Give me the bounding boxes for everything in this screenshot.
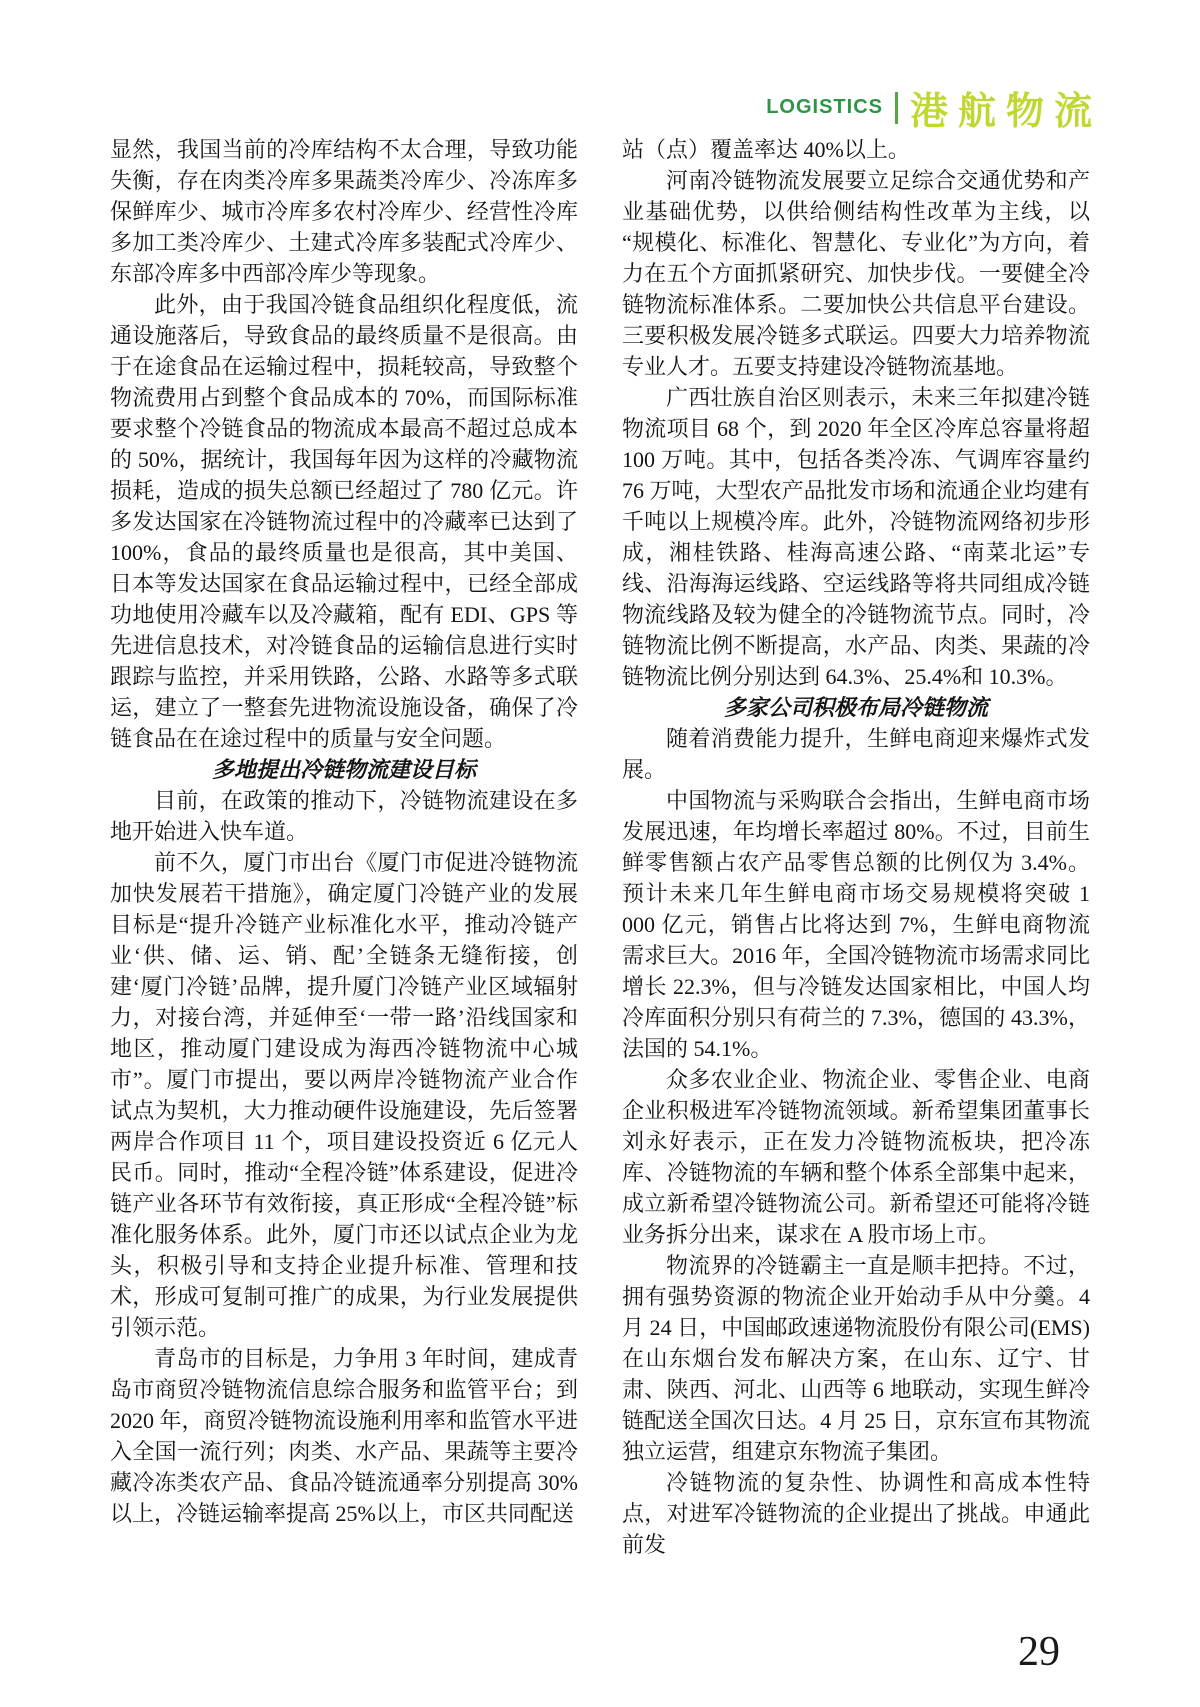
paragraph: 前不久，厦门市出台《厦门市促进冷链物流加快发展若干措施》，确定厦门冷链产业的发展… — [110, 847, 578, 1343]
paragraph: 中国物流与采购联合会指出，生鲜电商市场发展迅速，年均增长率超过 80%。不过，目… — [622, 785, 1090, 1064]
paragraph: 青岛市的目标是，力争用 3 年时间，建成青岛市商贸冷链物流信息综合服务和监管平台… — [110, 1343, 578, 1529]
paragraph: 目前，在政策的推动下，冷链物流建设在多地开始进入快车道。 — [110, 785, 578, 847]
paragraph: 显然，我国当前的冷库结构不太合理，导致功能失衡，存在肉类冷库多果蔬类冷库少、冷冻… — [110, 134, 578, 289]
paragraph: 河南冷链物流发展要立足综合交通优势和产业基础优势，以供给侧结构性改革为主线，以“… — [622, 165, 1090, 382]
paragraph: 随着消费能力提升，生鲜电商迎来爆炸式发展。 — [622, 723, 1090, 785]
paragraph: 站（点）覆盖率达 40%以上。 — [622, 134, 1090, 165]
header-divider-bar — [895, 92, 898, 124]
paragraph: 物流界的冷链霸主一直是顺丰把持。不过，拥有强势资源的物流企业开始动手从中分羹。4… — [622, 1250, 1090, 1467]
section-label-en: LOGISTICS — [766, 96, 883, 119]
page-number: 29 — [1018, 1628, 1060, 1676]
paragraph: 众多农业企业、物流企业、零售企业、电商企业积极进军冷链物流领域。新希望集团董事长… — [622, 1064, 1090, 1250]
paragraph: 广西壮族自治区则表示，未来三年拟建冷链物流项目 68 个，到 2020 年全区冷… — [622, 382, 1090, 692]
section-heading: 多地提出冷链物流建设目标 — [110, 754, 578, 785]
article-body: 显然，我国当前的冷库结构不太合理，导致功能失衡，存在肉类冷库多果蔬类冷库少、冷冻… — [110, 134, 1090, 1560]
column-right: 站（点）覆盖率达 40%以上。河南冷链物流发展要立足综合交通优势和产业基础优势，… — [622, 134, 1090, 1560]
page-header: LOGISTICS 港航物流 — [766, 80, 1092, 135]
magazine-page: LOGISTICS 港航物流 显然，我国当前的冷库结构不太合理，导致功能失衡，存… — [0, 0, 1200, 1707]
column-left: 显然，我国当前的冷库结构不太合理，导致功能失衡，存在肉类冷库多果蔬类冷库少、冷冻… — [110, 134, 578, 1560]
paragraph: 冷链物流的复杂性、协调性和高成本性特点，对进军冷链物流的企业提出了挑战。申通此前… — [622, 1467, 1090, 1560]
paragraph: 此外，由于我国冷链食品组织化程度低，流通设施落后，导致食品的最终质量不是很高。由… — [110, 289, 578, 754]
section-heading: 多家公司积极布局冷链物流 — [622, 692, 1090, 723]
section-label-zh: 港航物流 — [910, 80, 1102, 135]
